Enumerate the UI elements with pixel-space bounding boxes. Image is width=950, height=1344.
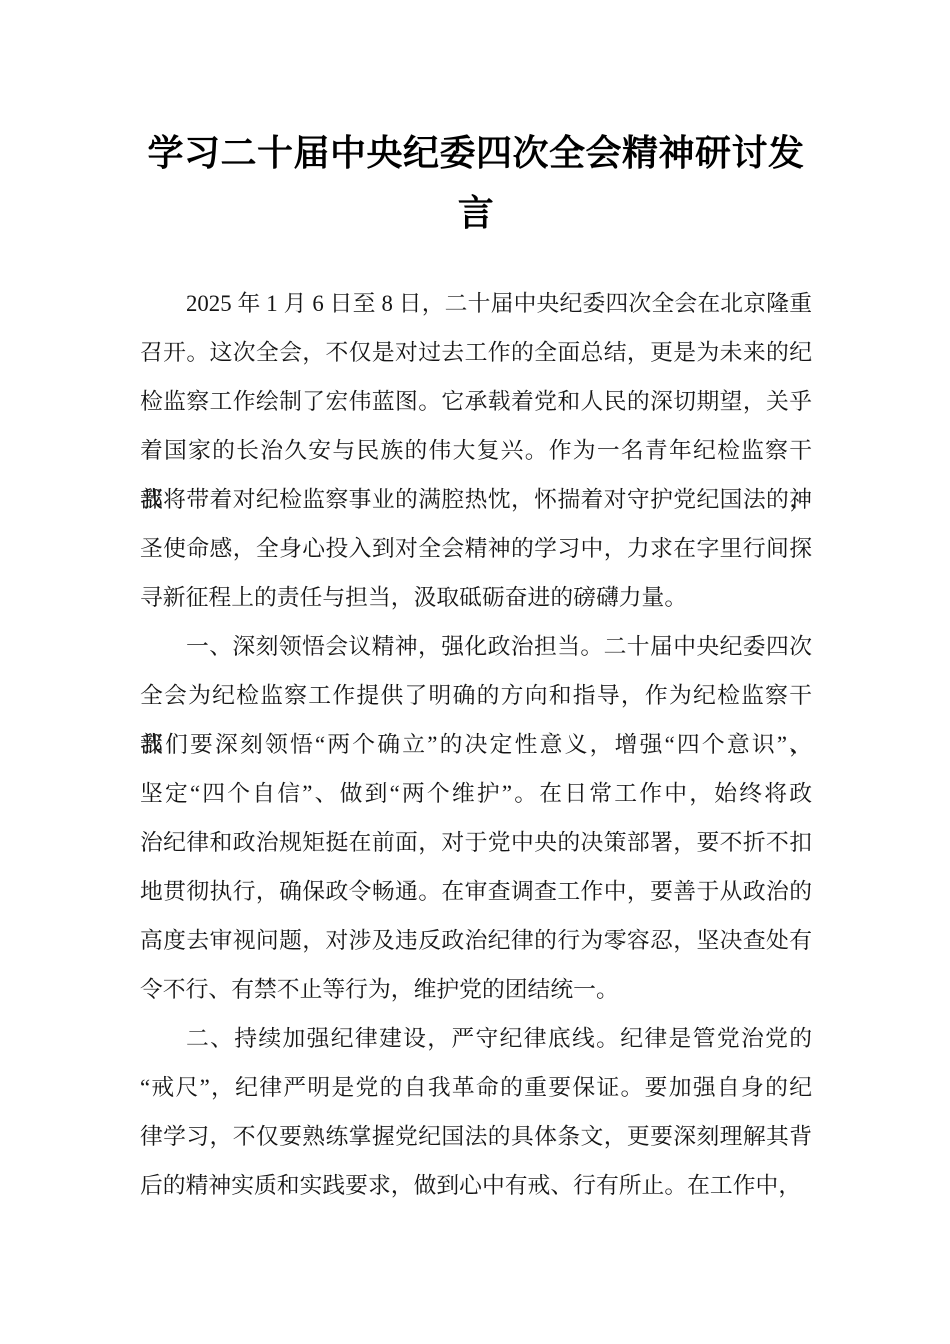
text-line: “戒尺”，纪律严明是党的自我革命的重要保证。要加强自身的纪 [140,1063,812,1112]
text-line: 一、深刻领悟会议精神，强化政治担当。二十届中央纪委四次 [140,622,812,671]
text-line: 召开。这次全会，不仅是对过去工作的全面总结，更是为未来的纪 [140,328,812,377]
paragraph: 一、深刻领悟会议精神，强化政治担当。二十届中央纪委四次全会为纪检监察工作提供了明… [140,622,812,1014]
text-line: 地贯彻执行，确保政令畅通。在审查调查工作中，要善于从政治的 [140,867,812,916]
paragraph: 二、持续加强纪律建设，严守纪律底线。纪律是管党治党的“戒尺”，纪律严明是党的自我… [140,1014,812,1210]
document-title-line-1: 学习二十届中央纪委四次全会精神研讨发 [140,123,812,183]
text-line: 圣使命感，全身心投入到对全会精神的学习中，力求在字里行间探 [140,524,812,573]
text-line: 律学习，不仅要熟练掌握党纪国法的具体条文，更要深刻理解其背 [140,1112,812,1161]
text-line: 后的精神实质和实践要求，做到心中有戒、行有所止。在工作中， [140,1161,812,1210]
text-line: 我们要深刻领悟“两个确立”的决定性意义，增强“四个意识”、 [140,720,812,769]
text-line: 坚定“四个自信”、做到“两个维护”。在日常工作中，始终将政 [140,769,812,818]
document-title: 学习二十届中央纪委四次全会精神研讨发 言 [140,123,812,243]
text-line: 全会为纪检监察工作提供了明确的方向和指导，作为纪检监察干部， [140,671,812,720]
text-line: 令不行、有禁不止等行为，维护党的团结统一。 [140,965,812,1014]
text-line: 二、持续加强纪律建设，严守纪律底线。纪律是管党治党的 [140,1014,812,1063]
text-line: 着国家的长治久安与民族的伟大复兴。作为一名青年纪检监察干部， [140,426,812,475]
text-line: 寻新征程上的责任与担当，汲取砥砺奋进的磅礴力量。 [140,573,812,622]
text-line: 我将带着对纪检监察事业的满腔热忱，怀揣着对守护党纪国法的神 [140,475,812,524]
document-title-line-2: 言 [140,183,812,243]
text-line: 高度去审视问题，对涉及违反政治纪律的行为零容忍，坚决查处有 [140,916,812,965]
text-line: 检监察工作绘制了宏伟蓝图。它承载着党和人民的深切期望，关乎 [140,377,812,426]
text-line: 治纪律和政治规矩挺在前面，对于党中央的决策部署，要不折不扣 [140,818,812,867]
text-line: 2025 年 1 月 6 日至 8 日，二十届中央纪委四次全会在北京隆重 [140,279,812,328]
document-content: 学习二十届中央纪委四次全会精神研讨发 言 2025 年 1 月 6 日至 8 日… [140,123,812,1210]
document-body: 2025 年 1 月 6 日至 8 日，二十届中央纪委四次全会在北京隆重召开。这… [140,279,812,1210]
paragraph: 2025 年 1 月 6 日至 8 日，二十届中央纪委四次全会在北京隆重召开。这… [140,279,812,622]
document-page: 学习二十届中央纪委四次全会精神研讨发 言 2025 年 1 月 6 日至 8 日… [0,0,950,1344]
